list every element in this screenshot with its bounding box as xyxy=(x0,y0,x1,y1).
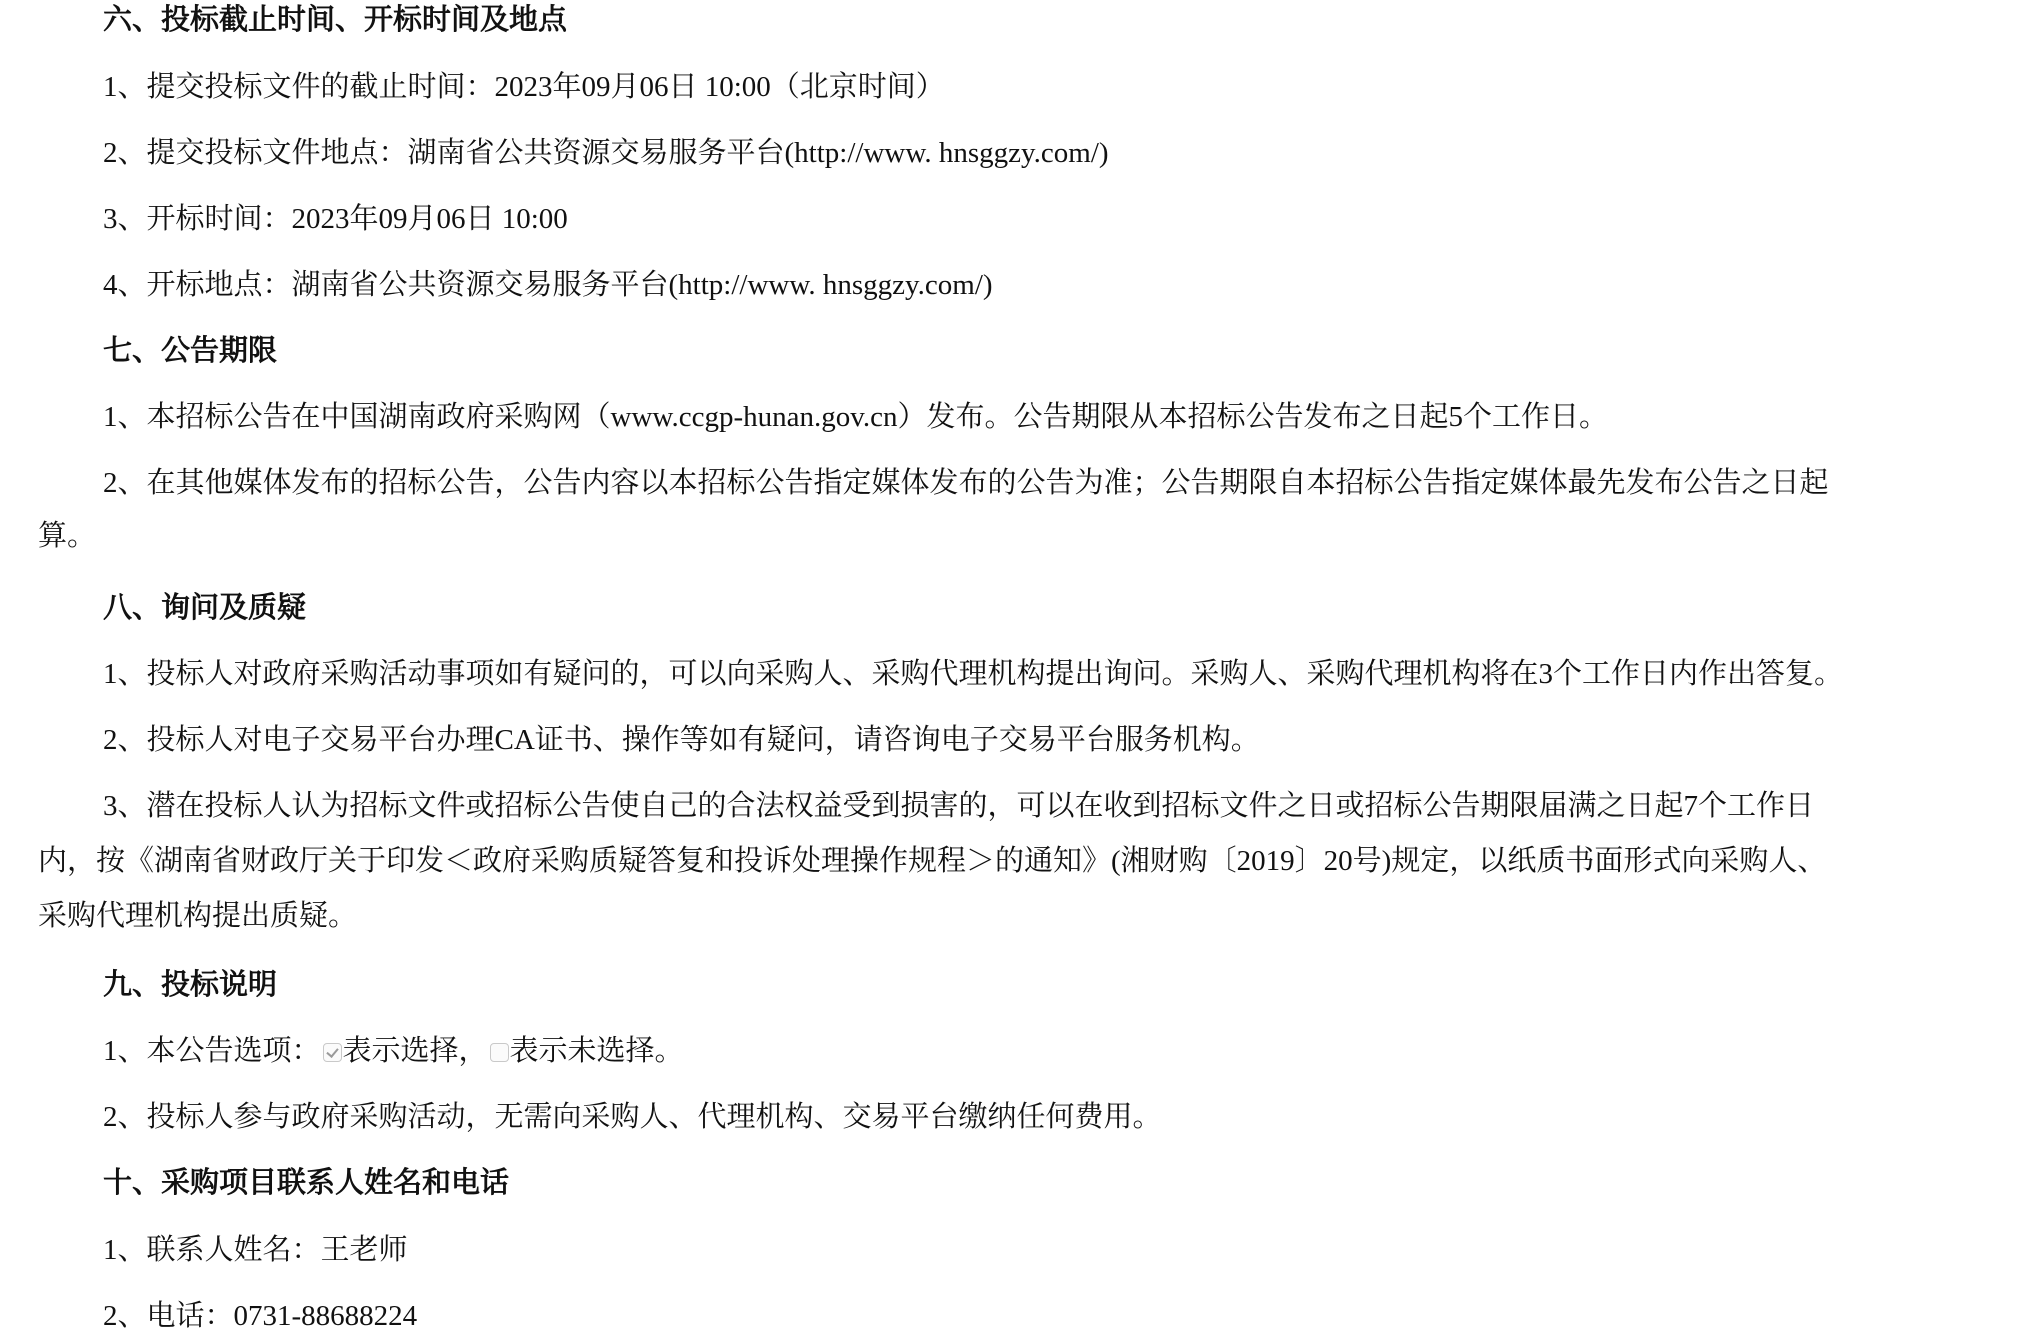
checkbox-unchecked-icon xyxy=(490,1043,509,1062)
paragraph-opening-location: 4、开标地点：湖南省公共资源交易服务平台(http://www. hnsggzy… xyxy=(38,268,993,302)
paragraph-submission-location: 2、提交投标文件地点：湖南省公共资源交易服务平台(http://www. hns… xyxy=(38,136,1109,170)
paragraph-other-media: 2、在其他媒体发布的招标公告，公告内容以本招标公告指定媒体发布的公告为准；公告期… xyxy=(38,466,1829,574)
options-prefix: 1、本公告选项： xyxy=(103,1035,321,1067)
checkbox-checked-icon xyxy=(323,1043,342,1062)
section-heading-bid-deadline: 六、投标截止时间、开标时间及地点 xyxy=(38,3,567,37)
checked-legend: 表示选择， xyxy=(343,1035,488,1067)
paragraph-submission-deadline: 1、提交投标文件的截止时间：2023年09月06日 10:00（北京时间） xyxy=(38,70,945,104)
paragraph-line: 采购代理机构提出质疑。 xyxy=(38,899,1826,954)
section-heading-notice-period: 七、公告期限 xyxy=(38,334,277,368)
paragraph-contact-phone: 2、电话：0731-88688224 xyxy=(38,1299,417,1333)
paragraph-inquiry: 1、投标人对政府采购活动事项如有疑问的，可以向采购人、采购代理机构提出询问。采购… xyxy=(38,657,1843,691)
paragraph-ca-certificate: 2、投标人对电子交易平台办理CA证书、操作等如有疑问，请咨询电子交易平台服务机构… xyxy=(38,723,1260,757)
paragraph-opening-time: 3、开标时间：2023年09月06日 10:00 xyxy=(38,202,568,236)
paragraph-no-fees: 2、投标人参与政府采购活动，无需向采购人、代理机构、交易平台缴纳任何费用。 xyxy=(38,1100,1162,1134)
paragraph-line: 内，按《湖南省财政厅关于印发＜政府采购质疑答复和投诉处理操作规程＞的通知》(湘财… xyxy=(38,844,1826,899)
section-heading-bid-instructions: 九、投标说明 xyxy=(38,968,277,1002)
paragraph-line: 3、潜在投标人认为招标文件或招标公告使自己的合法权益受到损害的，可以在收到招标文… xyxy=(38,789,1826,844)
section-heading-contact: 十、采购项目联系人姓名和电话 xyxy=(38,1166,509,1200)
paragraph-notice-options: 1、本公告选项：表示选择，表示未选择。 xyxy=(38,1034,684,1068)
paragraph-notice-published: 1、本招标公告在中国湖南政府采购网（www.ccgp-hunan.gov.cn）… xyxy=(38,400,1608,434)
paragraph-line: 算。 xyxy=(38,519,1829,574)
paragraph-line: 2、在其他媒体发布的招标公告，公告内容以本招标公告指定媒体发布的公告为准；公告期… xyxy=(38,466,1829,521)
section-heading-inquiry-challenge: 八、询问及质疑 xyxy=(38,591,306,625)
paragraph-challenge: 3、潜在投标人认为招标文件或招标公告使自己的合法权益受到损害的，可以在收到招标文… xyxy=(38,789,1826,954)
paragraph-contact-name: 1、联系人姓名：王老师 xyxy=(38,1233,408,1267)
unchecked-legend: 表示未选择。 xyxy=(510,1035,684,1067)
